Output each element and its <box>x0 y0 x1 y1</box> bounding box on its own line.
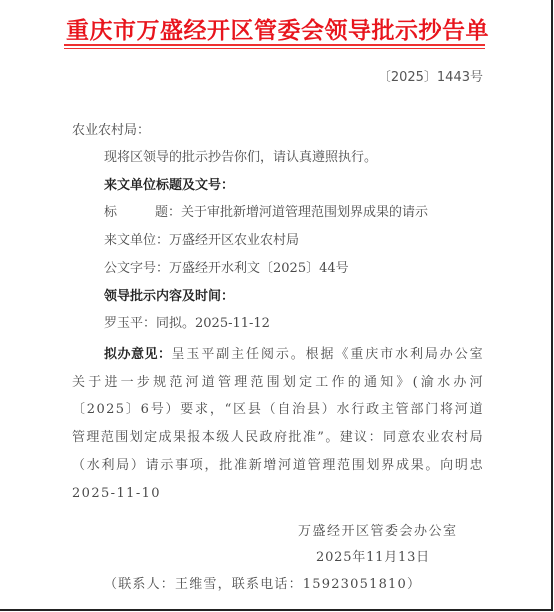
source-docno-row: 公文字号：万盛经开水利文〔2025〕44号 <box>104 260 349 278</box>
contact-info: （联系人：王维雪，联系电话：15923051810） <box>104 576 421 594</box>
source-unit-value: 万盛经开区农业农村局 <box>169 233 299 248</box>
source-docno-label: 公文字号： <box>104 261 169 276</box>
source-docno-value: 万盛经开水利文〔2025〕44号 <box>169 261 349 276</box>
source-unit-row: 来文单位：万盛经开区农业农村局 <box>104 232 299 250</box>
source-title-value: 关于审批新增河道管理范围划界成果的请示 <box>181 205 428 220</box>
signature-office: 万盛经开区管委会办公室 <box>298 523 458 541</box>
proposal-paragraph: 拟办意见：呈玉平副主任阅示。根据《重庆市水利局办公室关于进一步规范河道管理范围划… <box>72 341 484 507</box>
proposal-text: 呈玉平副主任阅示。根据《重庆市水利局办公室关于进一步规范河道管理范围划定工作的通… <box>72 347 484 501</box>
source-title-row: 标题：关于审批新增河道管理范围划界成果的请示 <box>104 204 428 222</box>
source-section-heading: 来文单位标题及文号： <box>104 177 234 195</box>
instruction-entry: 罗玉平：同拟。2025-11-12 <box>104 315 270 333</box>
title-rule-thick <box>64 44 485 46</box>
intro-text: 现将区领导的批示抄告你们，请认真遵照执行。 <box>104 149 377 167</box>
title-rule-thin <box>64 48 485 49</box>
recipient: 农业农村局： <box>72 122 150 140</box>
document-title: 重庆市万盛经开区管委会领导批示抄告单 <box>66 12 486 45</box>
instruction-section-heading: 领导批示内容及时间： <box>104 288 234 306</box>
source-title-label-b: 题： <box>155 205 181 220</box>
document-page: 重庆市万盛经开区管委会领导批示抄告单 〔2025〕1443号 农业农村局： 现将… <box>0 0 553 611</box>
source-title-label-a: 标 <box>104 205 117 220</box>
signature-date: 2025年11月13日 <box>316 549 430 567</box>
document-number: 〔2025〕1443号 <box>378 66 483 85</box>
source-unit-label: 来文单位： <box>104 233 169 248</box>
proposal-label: 拟办意见： <box>104 347 172 362</box>
